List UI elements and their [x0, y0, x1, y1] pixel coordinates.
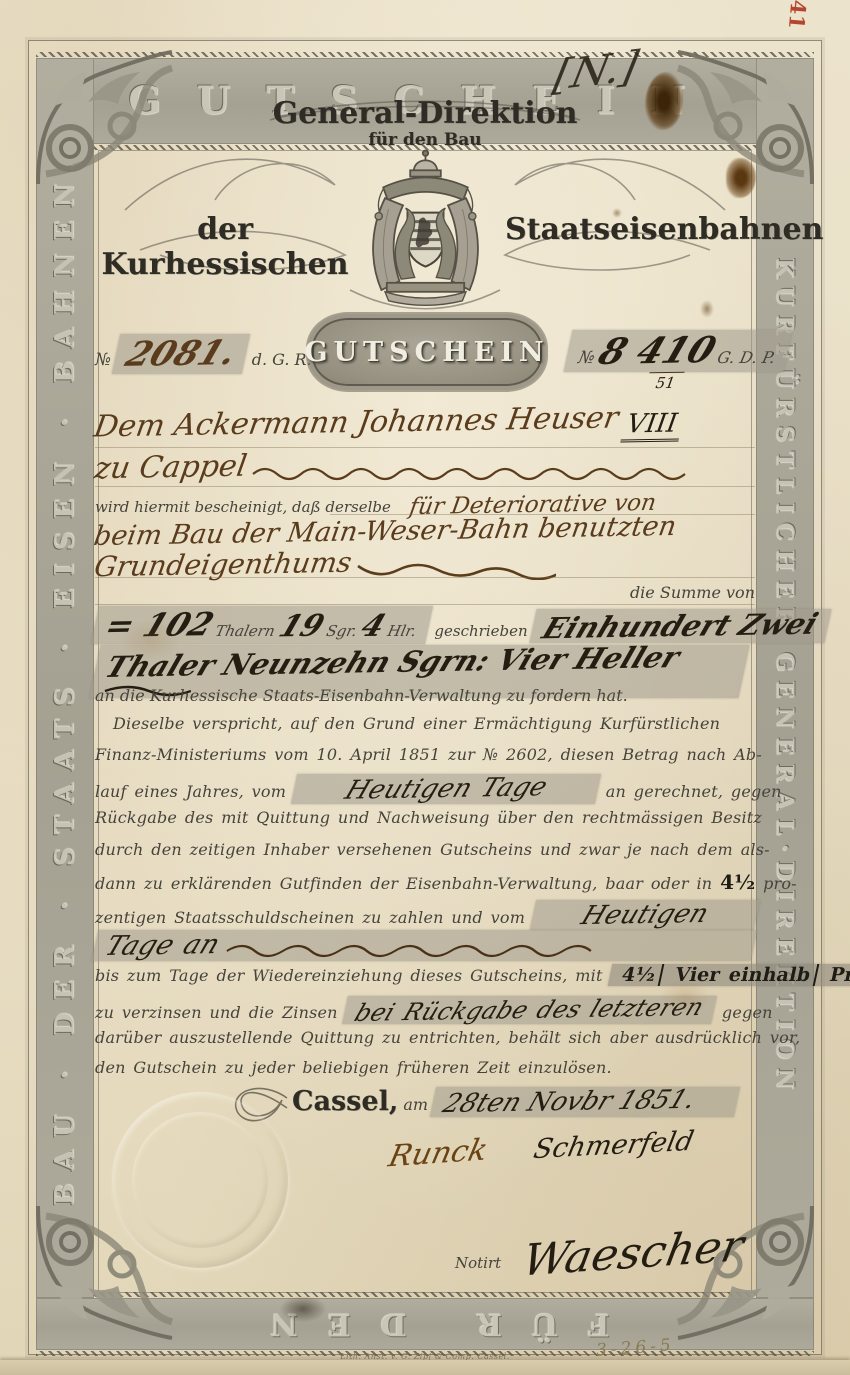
interest-rate-inline: 4½ [720, 870, 755, 894]
recipient-numeral: VIII [620, 408, 683, 442]
recipient-line1: Dem Ackermann Johannes Heuser VIII [95, 405, 680, 442]
baseline-rule [95, 486, 755, 487]
body-line-5: durch den zeitigen Inhaber versehenen Gu… [95, 840, 760, 859]
amount-geschrieben: geschrieben [434, 622, 527, 640]
body-line-4: Rückgabe des mit Quittung und Nachweisun… [95, 808, 760, 827]
field-bei-rueckgabe: bei Rückgabe des letzteren [351, 993, 708, 1027]
recipient-name: Dem Ackermann Johannes Heuser [91, 400, 620, 444]
body-line-7-pre: zentigen Staatsschuldscheinen zu zahlen … [95, 908, 525, 927]
foxing-spot [120, 620, 180, 660]
ink-stain [612, 208, 622, 218]
serial-right: № 8 410 G. D. P. [568, 330, 788, 372]
dateline-am: am [403, 1095, 428, 1114]
body-line-2: Finanz-Ministeriums vom 10. April 1851 z… [95, 745, 760, 764]
serial-left: № 2081. d. G. R. [95, 334, 312, 374]
gutschein-cartouche: GUTSCHEIN [312, 318, 542, 386]
serial-right-suffix: G. D. P. [716, 348, 777, 367]
serial-right-subnumber: 51 [646, 372, 684, 393]
scanned-voucher-document: { "border": { "top": "GUTSCHEIN", "botto… [0, 0, 850, 1375]
body-line-6-pre: dann zu erklärenden Gutfinden der Eisenb… [95, 874, 712, 893]
ink-squiggle [251, 464, 711, 482]
notirt-label: Notirt [455, 1254, 501, 1272]
coat-of-arms-icon [358, 146, 493, 321]
red-corner-number: 41 [784, 0, 811, 30]
dateline-place: Cassel, [292, 1086, 398, 1117]
body-line-9: bis zum Tage der Wiedereinziehung dieses… [95, 964, 760, 986]
gutschein-title: GUTSCHEIN [304, 337, 549, 368]
amount-line1: = 102 Thalern 19 Sgr. 4 Hlr. geschrieben… [95, 606, 827, 644]
baseline-rule [95, 577, 755, 578]
serial-right-no: № [576, 348, 596, 368]
foxing-spot [660, 980, 710, 1014]
body-line-12: den Gutschein zu jeder beliebigen früher… [95, 1058, 760, 1077]
body-line-11: darüber auszustellende Quittung zu entri… [95, 1028, 760, 1047]
dateline-date: 28ten Novbr 1851. [439, 1085, 701, 1119]
serial-left-suffix: d. G. R. [252, 350, 312, 369]
prozent-numeric: 4½ [620, 964, 665, 986]
body-line-6: dann zu erklärenden Gutfinden der Eisenb… [95, 870, 760, 894]
header-right-words: Staatseisenbahnen [505, 212, 755, 247]
body-line-3: lauf eines Jahres, vom Heutigen Tage an … [95, 774, 760, 804]
recipient-place: zu Cappel [92, 449, 249, 487]
page-bottom-edge [0, 1360, 850, 1375]
field-heutigen: Heutigen [577, 899, 713, 931]
recipient-line2: zu Cappel [95, 450, 711, 485]
smudge-stain [280, 1296, 326, 1322]
embossed-seal [112, 1092, 288, 1268]
border-band-left: BAU · DER · STAATS · EISEN · BAHNEN. [36, 58, 94, 1298]
amount-thaler-label: Thalern [214, 622, 277, 640]
sum-intro: die Summe von [455, 583, 755, 602]
body-line-6-post: pro- [763, 874, 797, 893]
ink-squiggle [223, 942, 606, 958]
baseline-rule [95, 447, 755, 448]
pencil-inventory-number: 3-26-5 [595, 1335, 675, 1360]
body-line-3-post: an gerechnet, gegen [606, 782, 782, 801]
border-title-left: BAU · DER · STAATS · EISEN · BAHNEN. [50, 151, 80, 1206]
amount-sgr-number: 19 [274, 609, 329, 645]
field-tage-an: Tage an [101, 929, 225, 962]
header-left-words: der Kurhessischen [100, 212, 350, 282]
claim-line: an die Kurhessische Staats-Eisenbahn-Ver… [95, 686, 628, 705]
serial-left-no: № [95, 350, 111, 370]
amount-hlr-label: Hlr. [386, 622, 418, 640]
body-line-3-pre: lauf eines Jahres, vom [95, 782, 286, 801]
field-heutigen-tage: Heutigen Tage [340, 772, 551, 805]
body-line-10-pre: zu verzinsen und die Zinsen [95, 1003, 338, 1022]
prozent-label: Prozent [823, 964, 850, 986]
signature-left: Runck [385, 1133, 490, 1175]
ink-stain [700, 300, 714, 318]
amount-words-2: Thaler Neunzehn Sgrn: Vier Heller [101, 640, 685, 684]
serial-right-number: 8 410 [593, 329, 722, 373]
body-line-1: Dieselbe verspricht, auf den Grund einer… [95, 714, 760, 733]
dateline: Cassel, am 28ten Novbr 1851. [292, 1086, 737, 1117]
body-line-9-pre: bis zum Tage der Wiedereinziehung dieses… [95, 966, 603, 985]
amount-sgr-label: Sgr. [325, 622, 359, 640]
body-line-7: zentigen Staatsschuldscheinen zu zahlen … [95, 900, 760, 930]
serial-left-number: 2081. [120, 333, 242, 375]
body-line-10-post: gegen [722, 1003, 773, 1022]
body-line-8: Tage an [95, 930, 760, 961]
header-title: General-Direktion [0, 96, 850, 131]
